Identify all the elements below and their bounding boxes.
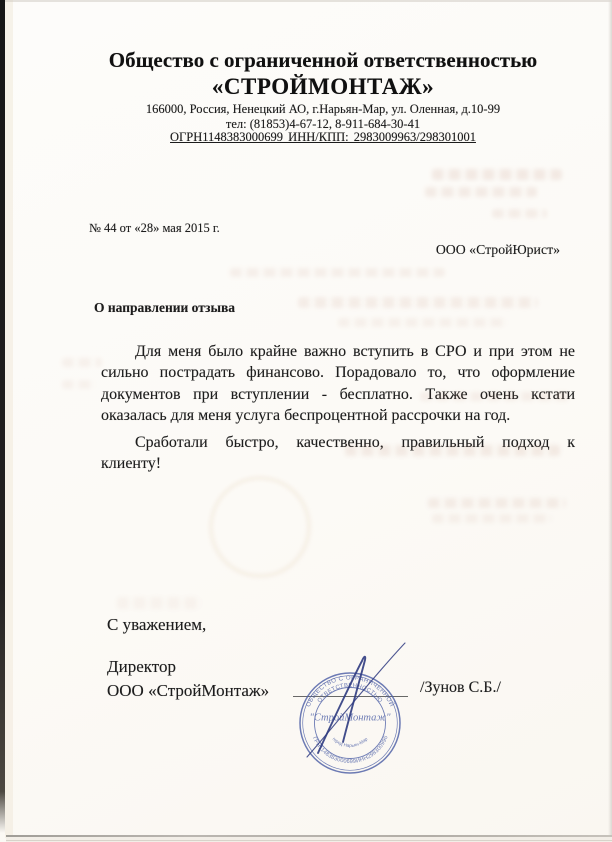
scan-edge-bottom-line bbox=[6, 840, 612, 841]
bleed-through-artifact bbox=[62, 358, 102, 367]
letterhead-org-name: «СТРОЙМОНТАЖ» bbox=[62, 74, 584, 100]
bleed-through-artifact bbox=[428, 498, 566, 508]
bleed-through-artifact bbox=[298, 297, 538, 308]
scan-edge-left-paper bbox=[5, 0, 13, 838]
scan-edge-right bbox=[608, 0, 612, 842]
bleed-through-artifact bbox=[62, 380, 96, 389]
letter-number-date: № 44 от «28» мая 2015 г. bbox=[89, 221, 220, 236]
bleed-through-artifact bbox=[432, 169, 562, 180]
closing-salutation: С уважением, bbox=[107, 615, 206, 635]
letterhead-address: 166000, Россия, Ненецкий АО, г.Нарьян-Ма… bbox=[62, 102, 584, 117]
signature-stroke bbox=[318, 657, 365, 753]
bleed-through-artifact bbox=[230, 268, 445, 277]
body-line: оказалась для меня услуга беспроцентной … bbox=[101, 405, 575, 426]
bleed-through-artifact bbox=[492, 209, 547, 218]
body-line: сильно пострадать финансово. Порадовало … bbox=[101, 362, 575, 383]
scan-edge-top bbox=[5, 0, 612, 2]
body-line: клиенту! bbox=[101, 453, 575, 474]
addressee: ООО «СтройЮрист» bbox=[436, 242, 560, 258]
bleed-through-artifact bbox=[345, 445, 560, 456]
bleed-through-artifact bbox=[338, 318, 508, 327]
signature-stroke bbox=[307, 643, 405, 757]
letterhead-org-type: Общество с ограниченной ответственностью bbox=[62, 48, 584, 73]
bleed-through-artifact bbox=[425, 187, 537, 197]
body-line: Для меня было крайне важно вступить в СР… bbox=[101, 341, 575, 362]
signer-position: Директор bbox=[107, 657, 176, 677]
subject-line: О направлении отзыва bbox=[94, 300, 235, 316]
letterhead-registration: ОГРН1148383000699 ИНН/КПП: 2983009963/29… bbox=[62, 130, 584, 145]
bleed-through-artifact bbox=[420, 392, 570, 401]
signer-name: /Зунов С.Б./ bbox=[420, 679, 501, 697]
scanned-letter-page: Общество с ограниченной ответственностью… bbox=[0, 0, 612, 842]
signer-company: ООО «СтройМонтаж» bbox=[107, 681, 269, 701]
bleed-through-artifact bbox=[117, 597, 202, 609]
bleed-through-artifact bbox=[432, 514, 552, 523]
bleed-through-stamp-ghost bbox=[210, 477, 310, 577]
handwritten-signature bbox=[292, 628, 422, 768]
scan-edge-left bbox=[0, 0, 5, 833]
